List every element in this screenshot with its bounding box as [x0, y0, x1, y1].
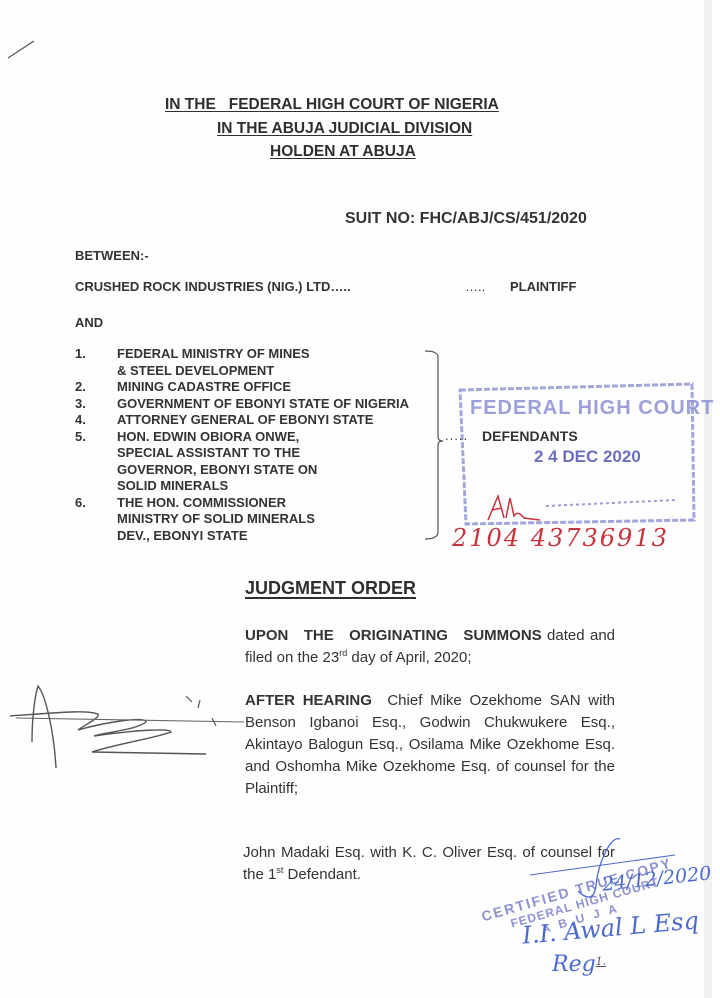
and-label: AND [75, 315, 103, 330]
defendant-name-line: MINING CADASTRE OFFICE [117, 379, 291, 396]
defendant-name-line: FEDERAL MINISTRY OF MINES [117, 346, 310, 363]
defendant-name-line: SPECIAL ASSISTANT TO THE [117, 445, 300, 462]
plaintiff-role: PLAINTIFF [510, 279, 576, 294]
paragraph-after-hearing: AFTER HEARING Chief Mike Ozekhome SAN wi… [245, 690, 615, 800]
p1-text-end: day of April, 2020; [347, 649, 471, 666]
defendants-list: 1.FEDERAL MINISTRY OF MINES& STEEL DEVEL… [75, 346, 435, 546]
court-header-line1: IN THE FEDERAL HIGH COURT OF NIGERIA [165, 96, 499, 114]
between-label: BETWEEN:- [75, 248, 149, 263]
p2-bold: AFTER HEARING [245, 692, 372, 709]
defendant-number: 6. [75, 495, 115, 512]
p3-text-end: Defendant. [283, 866, 361, 883]
defendant-name-line: MINISTRY OF SOLID MINERALS [117, 511, 315, 528]
defendant-name-line: THE HON. COMMISSIONER [117, 495, 286, 512]
defendant-name-line: ATTORNEY GENERAL OF EBONYI STATE [117, 412, 373, 429]
pen-mark [6, 38, 36, 62]
defendants-role: DEFENDANTS [482, 428, 578, 444]
plaintiff-name: CRUSHED ROCK INDUSTRIES (NIG.) LTD….. [75, 279, 351, 294]
defendant-name-line: HON. EDWIN OBIORA ONWE, [117, 429, 299, 446]
handwritten-registrar-title: Reg1. [552, 952, 606, 977]
paragraph-originating-summons: UPON THE ORIGINATING SUMMONS dated and f… [245, 625, 615, 669]
defendant-number: 2. [75, 379, 115, 396]
judge-signature [6, 672, 246, 772]
defendant-number: 4. [75, 412, 115, 429]
defendant-name-line: & STEEL DEVELOPMENT [117, 363, 274, 380]
defendant-name-line: GOVERNMENT OF EBONYI STATE OF NIGERIA [117, 396, 409, 413]
registrar-title-sup: 1. [596, 955, 607, 968]
document-page: IN THE FEDERAL HIGH COURT OF NIGERIA IN … [0, 0, 712, 998]
handwritten-filing-number: 2104 43736913 [452, 524, 669, 552]
court-header-line3: HOLDEN AT ABUJA [270, 143, 416, 161]
red-initials [484, 492, 544, 528]
defendants-dots: ..... [445, 428, 468, 443]
svg-text:2 4 DEC 2020: 2 4 DEC 2020 [534, 447, 641, 466]
p1-bold: UPON THE ORIGINATING SUMMONS [245, 627, 542, 644]
defendant-name-line: SOLID MINERALS [117, 478, 228, 495]
defendant-number: 3. [75, 396, 115, 413]
court-header-line2: IN THE ABUJA JUDICIAL DIVISION [217, 120, 472, 138]
registrar-title: Reg [552, 952, 596, 977]
defendant-number: 1. [75, 346, 115, 363]
svg-text:FEDERAL HIGH COURT: FEDERAL HIGH COURT [470, 397, 714, 419]
judgment-title: JUDGMENT ORDER [245, 578, 416, 599]
defendant-name-line: DEV., EBONYI STATE [117, 528, 248, 545]
defendant-name-line: GOVERNOR, EBONYI STATE ON [117, 462, 317, 479]
defendants-brace [424, 349, 444, 541]
plaintiff-dots: ….. [465, 279, 485, 294]
suit-number: SUIT NO: FHC/ABJ/CS/451/2020 [345, 210, 587, 228]
defendant-number: 5. [75, 429, 115, 446]
